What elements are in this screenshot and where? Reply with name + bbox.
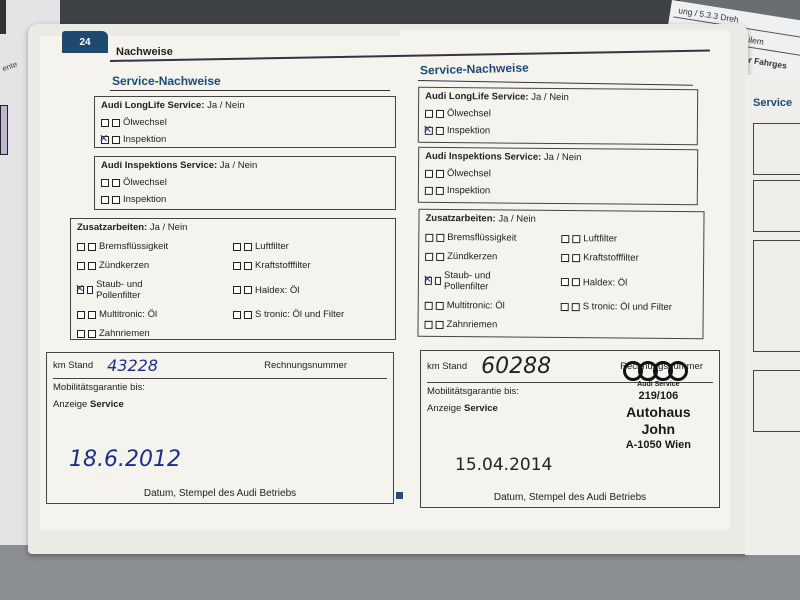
- checkbox[interactable]: [436, 186, 444, 194]
- checkbox[interactable]: [425, 233, 433, 241]
- checkbox[interactable]: [77, 330, 85, 338]
- checkbox[interactable]: [77, 262, 85, 270]
- checkbox[interactable]: [425, 109, 433, 117]
- item-label: Ölwechsel: [447, 168, 491, 179]
- item-label: Ölwechsel: [123, 177, 167, 188]
- page-marker: [396, 492, 403, 499]
- left-section-rule: [110, 90, 390, 91]
- item-label: Inspektion: [123, 194, 166, 205]
- ja-nein: Ja / Nein: [207, 100, 245, 111]
- item-label: Inspektion: [447, 125, 490, 136]
- km-value: 43228: [107, 356, 158, 375]
- box-title: Audi LongLife Service:: [425, 91, 529, 103]
- checkbox[interactable]: [233, 286, 241, 294]
- km-value: 60288: [481, 354, 551, 379]
- right-zusatz-box: Zusatzarbeiten: Ja / Nein Bremsflüssigke…: [417, 209, 704, 339]
- checkbox[interactable]: [101, 179, 109, 187]
- checkbox[interactable]: [112, 196, 120, 204]
- left-inspektion-box: Audi Inspektions Service: Ja / Nein Ölwe…: [94, 156, 396, 210]
- item-label: Staub- und Pollenfilter: [96, 279, 167, 301]
- chapter-title: Nachweise: [116, 46, 173, 58]
- checkbox[interactable]: [436, 233, 444, 241]
- stamp-dealer-name: John: [626, 421, 691, 439]
- checkbox-checked[interactable]: [77, 286, 84, 294]
- checkbox[interactable]: [561, 235, 569, 243]
- item-label: Luftfilter: [583, 233, 617, 244]
- invoice-label: Rechnungsnummer: [264, 360, 347, 371]
- next-box: [753, 370, 800, 432]
- dark-edge: [0, 0, 6, 34]
- checkbox[interactable]: [561, 254, 569, 262]
- next-box: [753, 240, 800, 352]
- item-label: Ölwechsel: [123, 117, 167, 128]
- checkbox[interactable]: [436, 169, 444, 177]
- page-number-tab: 24: [62, 31, 108, 53]
- checkbox[interactable]: [88, 311, 96, 319]
- checkbox[interactable]: [561, 302, 569, 310]
- checkbox[interactable]: [561, 278, 569, 286]
- anzeige-label: Anzeige: [427, 403, 461, 414]
- checkbox[interactable]: [77, 243, 85, 251]
- audi-rings-icon: [626, 361, 691, 381]
- item-label: Haldex: Öl: [255, 285, 299, 296]
- stamp-number: 219/106: [626, 390, 691, 404]
- checkbox[interactable]: [572, 303, 580, 311]
- ja-nein: Ja / Nein: [220, 160, 258, 171]
- item-label: Kraftstofffilter: [583, 252, 639, 263]
- checkbox[interactable]: [436, 126, 444, 134]
- item-label: Multitronic: Öl: [99, 309, 157, 320]
- service-date: 18.6.2012: [69, 447, 181, 472]
- item-label: Kraftstofffilter: [255, 260, 311, 271]
- checkbox[interactable]: [434, 277, 441, 285]
- checkbox[interactable]: [88, 243, 96, 251]
- item-label: Staub- und Pollenfilter: [444, 270, 515, 293]
- checkbox[interactable]: [77, 311, 85, 319]
- checkbox[interactable]: [572, 278, 580, 286]
- mobility-label: Mobilitätsgarantie bis:: [53, 379, 387, 393]
- checkbox[interactable]: [572, 235, 580, 243]
- checkbox[interactable]: [436, 109, 444, 117]
- item-label: Zündkerzen: [447, 251, 497, 262]
- anzeige-service: Service: [464, 403, 498, 414]
- box-footer: Datum, Stempel des Audi Betriebs: [421, 492, 719, 503]
- checkbox[interactable]: [112, 119, 120, 127]
- item-label: Inspektion: [123, 134, 166, 145]
- ja-nein: Ja / Nein: [544, 152, 582, 163]
- item-label: Inspektion: [447, 185, 490, 196]
- checkbox[interactable]: [88, 330, 96, 338]
- item-label: S tronic: Öl und Filter: [255, 309, 344, 320]
- item-label: Multitronic: Öl: [447, 300, 505, 312]
- checkbox[interactable]: [233, 262, 241, 270]
- checkbox[interactable]: [436, 301, 444, 309]
- checkbox[interactable]: [436, 252, 444, 260]
- box-title: Audi LongLife Service:: [101, 100, 204, 111]
- checkbox[interactable]: [101, 119, 109, 127]
- dealer-stamp: Audi Service 219/106 Autohaus John A-105…: [626, 361, 691, 452]
- checkbox[interactable]: [425, 186, 433, 194]
- checkbox-checked[interactable]: [425, 277, 432, 285]
- purple-card: [0, 105, 8, 155]
- item-label: Zahnriemen: [99, 328, 150, 339]
- checkbox[interactable]: [425, 252, 433, 260]
- item-label: Haldex: Öl: [583, 277, 627, 288]
- stamp-brand: Audi Service: [626, 381, 691, 390]
- checkbox[interactable]: [233, 243, 241, 251]
- checkbox[interactable]: [244, 311, 252, 319]
- stamp-dealer: Autohaus: [626, 404, 691, 422]
- left-zusatz-box: Zusatzarbeiten: Ja / Nein Bremsflüssigke…: [70, 218, 396, 340]
- checkbox[interactable]: [87, 286, 94, 294]
- item-label: Zahnriemen: [447, 319, 498, 330]
- checkbox[interactable]: [112, 179, 120, 187]
- box-footer: Datum, Stempel des Audi Betriebs: [47, 488, 393, 499]
- checkbox[interactable]: [101, 196, 109, 204]
- item-label: Bremsflüssigkeit: [99, 241, 168, 252]
- checkbox[interactable]: [88, 262, 96, 270]
- left-longlife-box: Audi LongLife Service: Ja / Nein Ölwechs…: [94, 96, 396, 148]
- checkbox[interactable]: [244, 262, 252, 270]
- checkbox[interactable]: [112, 136, 120, 144]
- anzeige-service: Service: [90, 399, 124, 410]
- box-title: Zusatzarbeiten:: [77, 222, 147, 233]
- background-note: ente: [1, 60, 19, 74]
- right-section-title: Service-Nachweise: [420, 61, 529, 78]
- left-section-title: Service-Nachweise: [112, 74, 221, 88]
- item-label: Ölwechsel: [447, 108, 491, 119]
- left-km-box: km Stand43228Rechnungsnummer Mobilitätsg…: [46, 352, 394, 504]
- next-page-edge: Service: [745, 75, 800, 555]
- item-label: S tronic: Öl und Filter: [583, 301, 672, 313]
- item-label: Bremsflüssigkeit: [447, 232, 516, 244]
- item-label: Luftfilter: [255, 241, 289, 252]
- checkbox[interactable]: [233, 311, 241, 319]
- box-title: Audi Inspektions Service:: [101, 160, 217, 171]
- box-title: Zusatzarbeiten:: [425, 213, 495, 225]
- ja-nein: Ja / Nein: [150, 222, 188, 233]
- right-km-box: km Stand60288Rechnungsnummer Mobilitätsg…: [420, 350, 720, 508]
- service-date: 15.04.2014: [455, 455, 552, 475]
- item-label: Zündkerzen: [99, 260, 149, 271]
- anzeige-label: Anzeige: [53, 399, 87, 410]
- checkbox[interactable]: [572, 254, 580, 262]
- next-page-title: Service: [753, 97, 792, 109]
- checkbox[interactable]: [244, 243, 252, 251]
- next-box: [753, 123, 800, 175]
- km-label: km Stand: [53, 360, 93, 371]
- km-label: km Stand: [427, 361, 467, 372]
- stamp-city: A-1050 Wien: [626, 439, 691, 453]
- checkbox-checked[interactable]: [425, 126, 433, 134]
- right-longlife-box: Audi LongLife Service: Ja / Nein Ölwechs…: [418, 87, 698, 145]
- checkbox[interactable]: [425, 169, 433, 177]
- ja-nein: Ja / Nein: [531, 92, 569, 103]
- next-box: [753, 180, 800, 232]
- checkbox-checked[interactable]: [101, 136, 109, 144]
- right-inspektion-box: Audi Inspektions Service: Ja / Nein Ölwe…: [418, 147, 698, 205]
- checkbox[interactable]: [425, 301, 433, 309]
- checkbox[interactable]: [244, 286, 252, 294]
- checkbox[interactable]: [436, 320, 444, 328]
- box-title: Audi Inspektions Service:: [425, 151, 541, 163]
- checkbox[interactable]: [425, 320, 433, 328]
- ja-nein: Ja / Nein: [498, 213, 536, 224]
